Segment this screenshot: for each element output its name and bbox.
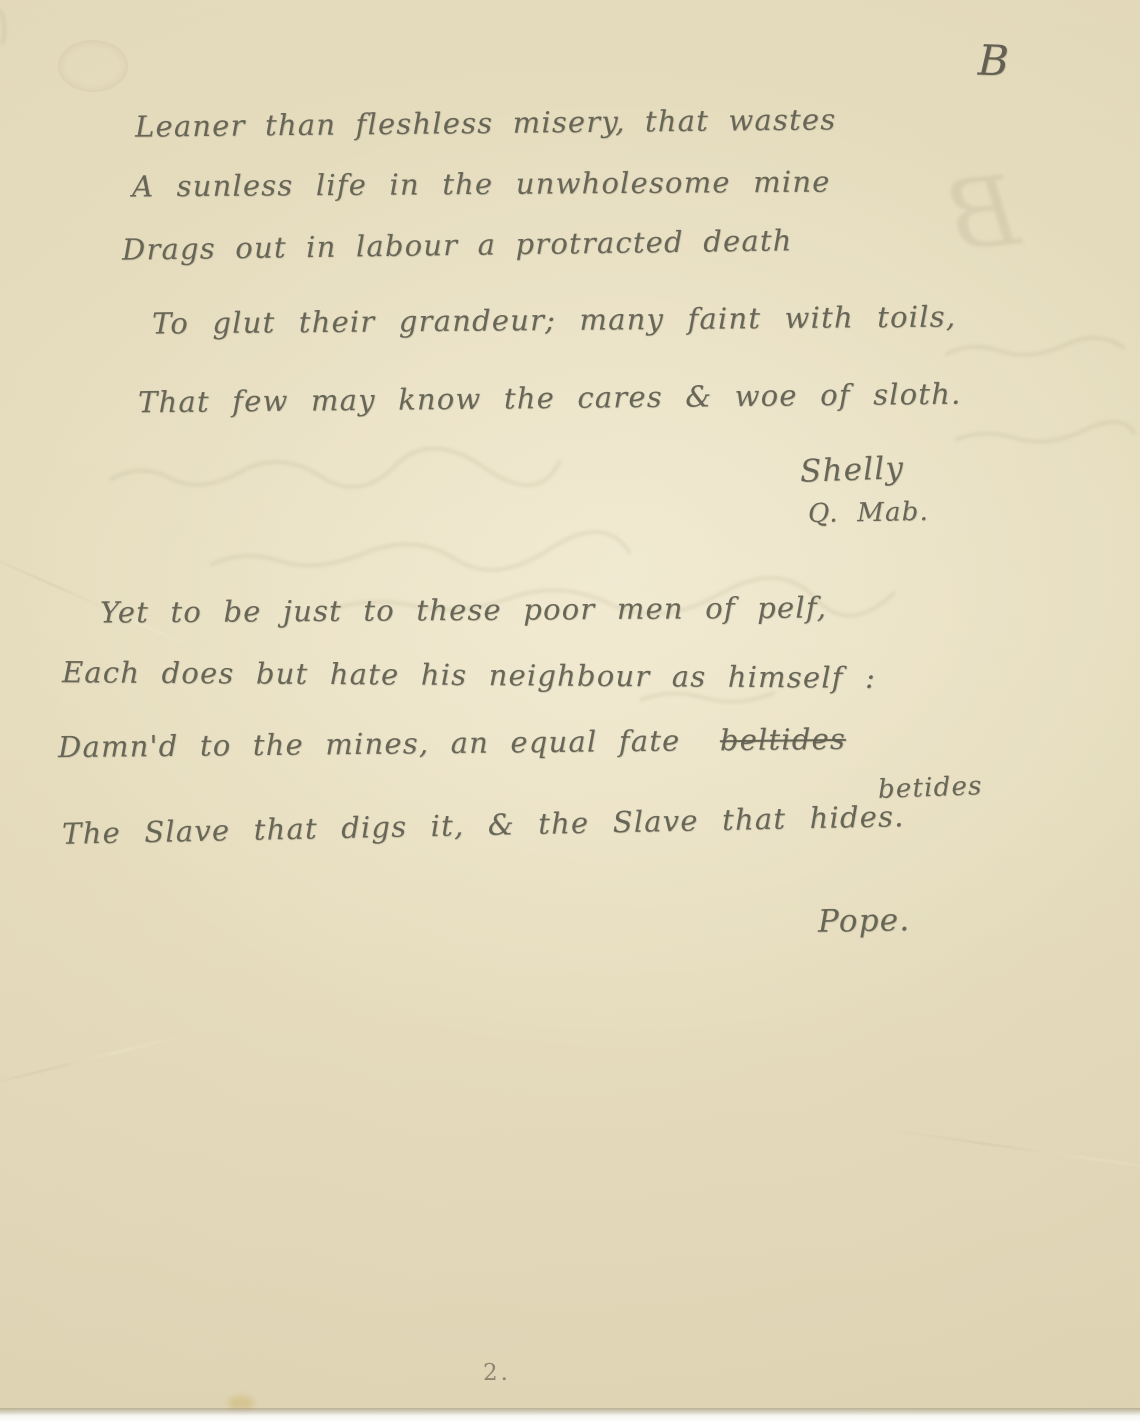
- show-through-corner-mark: B: [942, 155, 1024, 274]
- pope-quote-line-1: Yet to be just to these poor men of pelf…: [100, 590, 827, 629]
- paper-crease: [881, 1128, 1140, 1176]
- paper-stain: [58, 40, 128, 92]
- shelley-quote-line-3: Drags out in labour a protracted death: [122, 223, 793, 266]
- shelley-quote-line-1: Leaner than fleshless misery, that waste…: [135, 102, 837, 143]
- paper-crease: [0, 1033, 187, 1089]
- manuscript-page: B B Leaner than fleshless misery, that w…: [0, 0, 1140, 1421]
- corner-mark: B: [977, 35, 1010, 85]
- shelley-attribution-work: Q. Mab.: [808, 497, 929, 529]
- shelley-quote-line-2: A sunless life in the unwholesome mine: [132, 165, 831, 204]
- pope-quote-line-3: Damn'd to the mines, an equal fate belti…: [58, 722, 846, 764]
- shelley-quote-line-4: To glut their grandeur; many faint with …: [152, 299, 956, 340]
- shelley-quote-line-5: That few may know the cares & woe of slo…: [138, 377, 962, 420]
- pope-attribution-name: Pope.: [818, 902, 911, 940]
- pope-quote-line-4: The Slave that digs it, & the Slave that…: [62, 799, 905, 851]
- pope-quote-line-3-main: Damn'd to the mines, an equal fate: [58, 724, 681, 765]
- pope-quote-line-2: Each does but hate his neighbour as hims…: [62, 655, 876, 695]
- page-number: 2.: [483, 1360, 511, 1386]
- pope-quote-line-3-struck-word: beltides: [720, 722, 846, 757]
- shelley-attribution-name: Shelly: [799, 450, 904, 490]
- paper-bottom-edge: [0, 1408, 1140, 1421]
